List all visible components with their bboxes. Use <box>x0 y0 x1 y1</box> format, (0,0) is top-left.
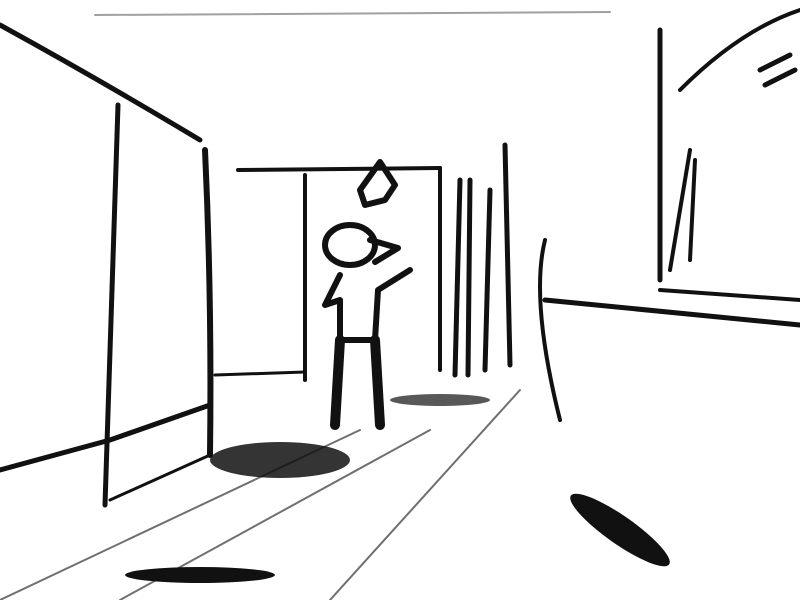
scene-drawing <box>0 0 800 600</box>
sketch-scene <box>0 0 800 600</box>
left-wall <box>0 25 210 505</box>
character <box>325 162 410 425</box>
floor-lines <box>0 390 520 600</box>
ceiling-line <box>95 12 610 15</box>
right-counter <box>540 10 800 420</box>
